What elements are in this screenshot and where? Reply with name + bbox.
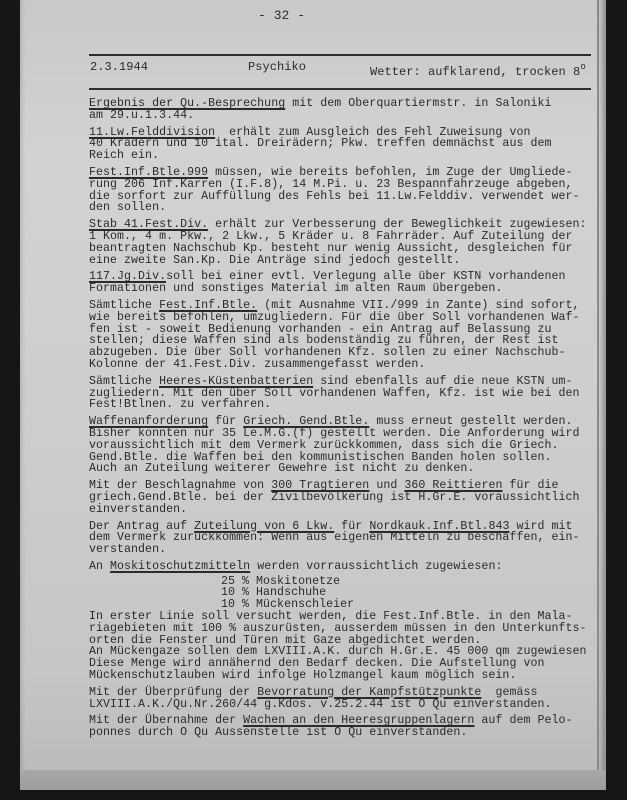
paragraph-jg-div-117: 117.Jg.Div.soll bei einer evtl. Verlegun… bbox=[89, 271, 599, 295]
text-line: Auch an Zuteilung weiterer Gewehre ist n… bbox=[89, 463, 599, 475]
underlined-subject: Moskitoschutzmitteln bbox=[110, 560, 250, 573]
text-line: LXVIII.A.K./Qu.Nr.260/44 g.Kdos. v.25.2.… bbox=[89, 699, 599, 711]
degree-symbol: o bbox=[580, 62, 585, 72]
text-segment: An bbox=[89, 560, 110, 573]
paragraph-antrag-lkw: Der Antrag auf Zuteilung von 6 Lkw. für … bbox=[89, 521, 599, 556]
text-segment: Auch an Zuteilung weiterer Gewehre ist n… bbox=[89, 462, 474, 475]
weather-value: aufklarend, trocken 8 bbox=[428, 65, 580, 79]
scanned-document: - 32 - 2.3.1944 Psychiko Wetter: aufklar… bbox=[0, 0, 627, 800]
paragraph-kuestenbatterien: Sämtliche Heeres-Küstenbatterien sind eb… bbox=[89, 376, 599, 411]
text-segment: ponnes durch O Qu Aussenstelle ist O Qu … bbox=[89, 726, 467, 739]
paragraph-fest-inf-btle-999: Fest.Inf.Btle.999 müssen, wie bereits be… bbox=[89, 167, 599, 214]
paragraph-beschlagnahme: Mit der Beschlagnahme von 300 Tragtieren… bbox=[89, 480, 599, 515]
text-line: verstanden. bbox=[89, 544, 599, 556]
text-line: einverstanden. bbox=[89, 504, 599, 516]
text-segment: eine zweite San.Kp. Die Anträge sind jed… bbox=[89, 254, 460, 267]
text-segment: Mückenschutzlauben wird infolge Holzmang… bbox=[89, 669, 516, 682]
list-item: 25 % Moskitonetze bbox=[89, 576, 599, 588]
text-segment: Kolonne der 41.Fest.Div. zusammengefasst… bbox=[89, 358, 425, 371]
text-line: Kolonne der 41.Fest.Div. zusammengefasst… bbox=[89, 359, 599, 371]
paragraph-saemtliche-fest-inf: Sämtliche Fest.Inf.Btle. (mit Ausnahme V… bbox=[89, 300, 599, 371]
text-line: am 29.u.1.3.44. bbox=[89, 110, 599, 122]
paragraph-waffenanforderung: Waffenanforderung für Griech. Gend.Btle.… bbox=[89, 416, 599, 475]
paragraph-stab-41: Stab 41.Fest.Div. erhält zur Verbesserun… bbox=[89, 219, 599, 266]
paragraph-ergebnis: Ergebnis der Qu.-Besprechung mit dem Obe… bbox=[89, 98, 599, 122]
text-segment: werden vorraussichtlich zugewiesen: bbox=[250, 560, 502, 573]
text-segment: LXVIII.A.K./Qu.Nr.260/44 g.Kdos. v.25.2.… bbox=[89, 698, 552, 711]
header-date: 2.3.1944 bbox=[90, 62, 148, 74]
text-segment: auf dem Pelo- bbox=[474, 714, 572, 727]
text-line: An Moskitoschutzmitteln werden vorraussi… bbox=[89, 561, 599, 573]
header-place: Psychiko bbox=[248, 62, 306, 74]
text-segment: den sollen. bbox=[89, 201, 166, 214]
text-line: Formationen und sonstiges Material im al… bbox=[89, 283, 599, 295]
text-segment: verstanden. bbox=[89, 543, 166, 556]
allocation-list: 25 % Moskitonetze10 % Handschuhe10 % Müc… bbox=[89, 576, 599, 611]
text-segment: Reich ein. bbox=[89, 149, 159, 162]
paragraph-moskitoschutz: An Moskitoschutzmitteln werden vorraussi… bbox=[89, 561, 599, 682]
weather-label: Wetter: bbox=[370, 65, 421, 79]
text-line: den sollen. bbox=[89, 202, 599, 214]
text-line: Reich ein. bbox=[89, 150, 599, 162]
text-line: Mückenschutzlauben wird infolge Holzmang… bbox=[89, 670, 599, 682]
text-segment: einverstanden. bbox=[89, 503, 187, 516]
paragraph-wachen: Mit der Übernahme der Wachen an den Heer… bbox=[89, 715, 599, 739]
text-line: ponnes durch O Qu Aussenstelle ist O Qu … bbox=[89, 727, 599, 739]
header-weather: Wetter: aufklarend, trocken 8o bbox=[370, 62, 586, 79]
text-line: Fest!Btlnen. zu verfahren. bbox=[89, 399, 599, 411]
text-line: eine zweite San.Kp. Die Anträge sind jed… bbox=[89, 255, 599, 267]
paper-bottom-shadow bbox=[20, 770, 605, 790]
text-segment: Fest!Btlnen. zu verfahren. bbox=[89, 398, 271, 411]
paragraph-bevorratung: Mit der Überprüfung der Bevorratung der … bbox=[89, 687, 599, 711]
header-top-rule bbox=[89, 54, 591, 56]
text-segment: am 29.u.1.3.44. bbox=[89, 109, 194, 122]
text-segment: mit dem Oberquartiermstr. in Saloniki bbox=[285, 97, 551, 110]
document-body: Ergebnis der Qu.-Besprechung mit dem Obe… bbox=[89, 98, 599, 744]
header-bottom-rule bbox=[89, 88, 591, 90]
page-number: - 32 - bbox=[258, 10, 305, 22]
text-line: 40 Krädern und 10 ital. Dreirädern; Pkw.… bbox=[89, 138, 599, 150]
paragraph-lw-felddivision: 11.Lw.Felddivision erhält zum Ausgleich … bbox=[89, 127, 599, 162]
text-segment: Formationen und sonstiges Material im al… bbox=[89, 282, 502, 295]
